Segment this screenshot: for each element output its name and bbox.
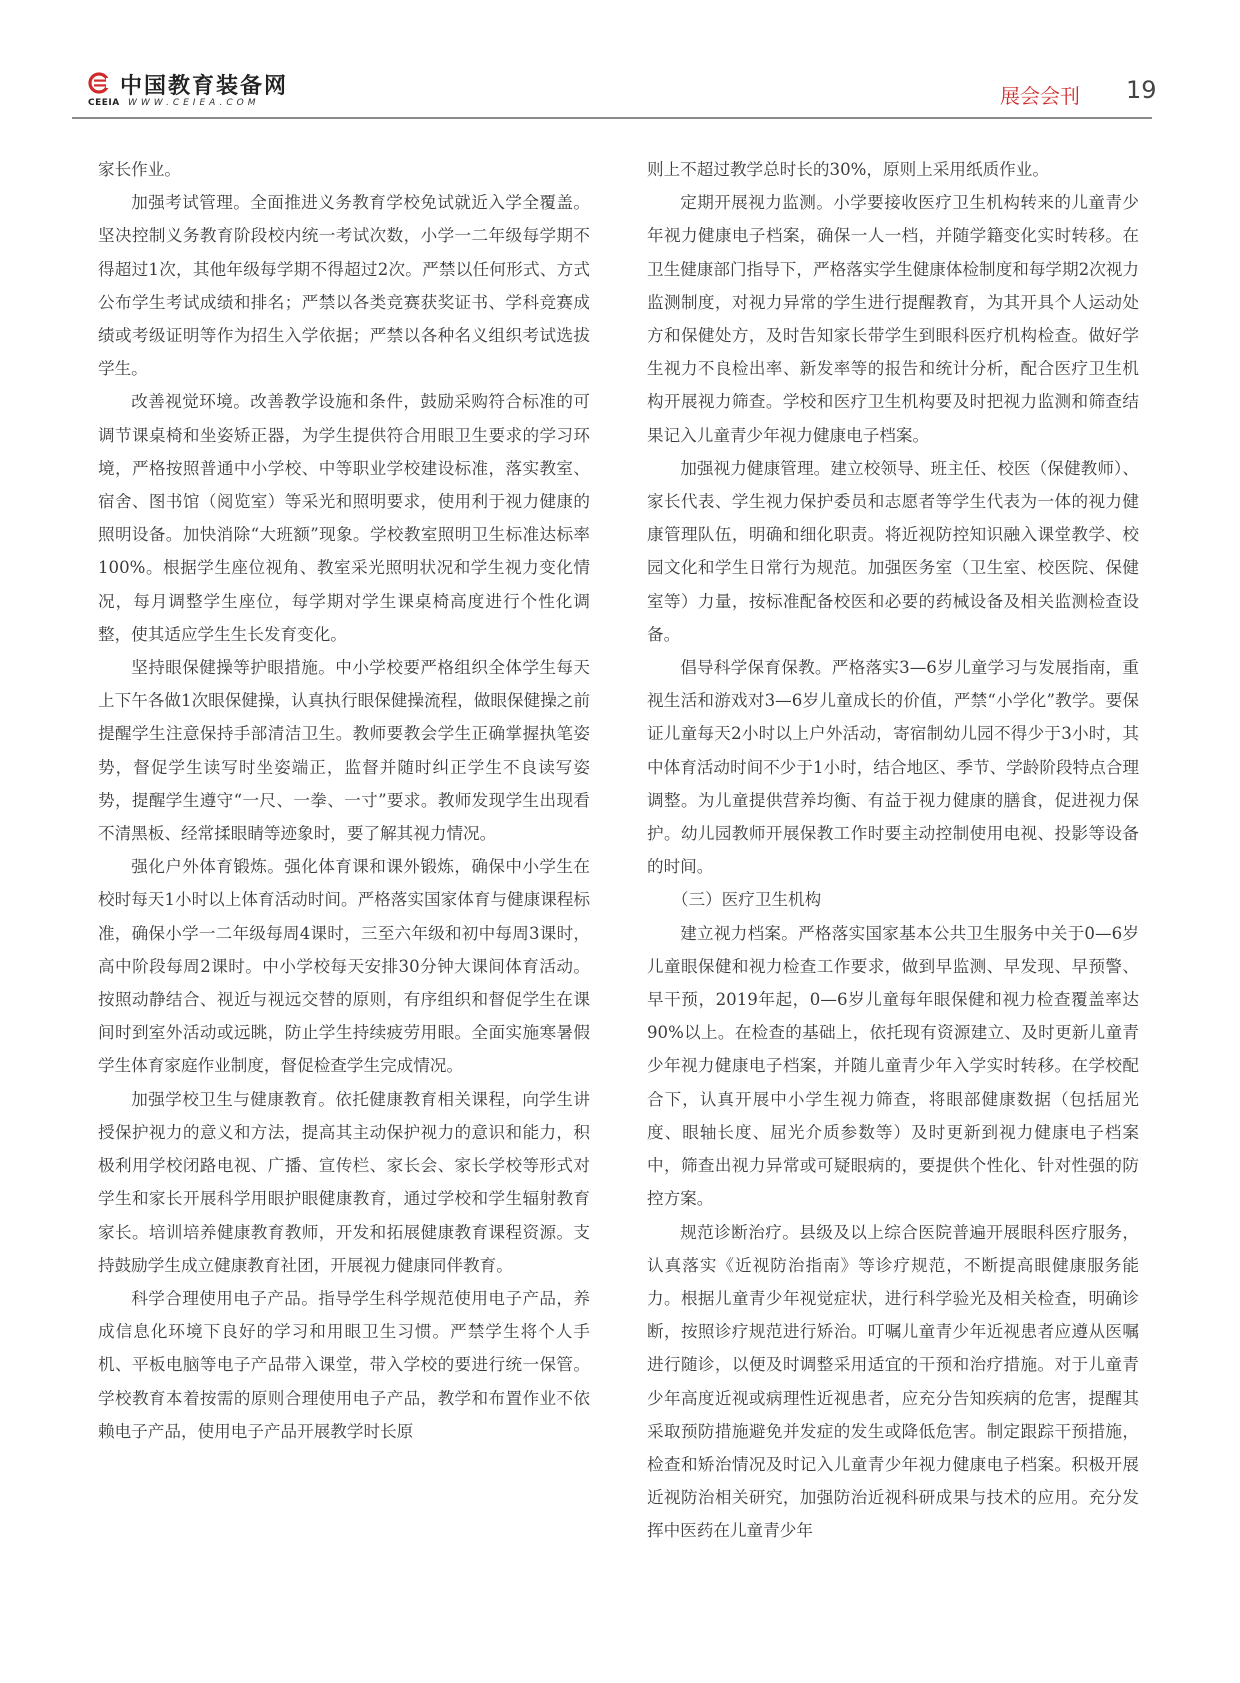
logo-url: WWW.CEIEA.COM bbox=[128, 98, 259, 108]
paragraph-electronic-products: 科学合理使用电子产品。指导学生科学规范使用电子产品，养成信息化环境下良好的学习和… bbox=[98, 1282, 590, 1448]
paragraph-vision-records: 建立视力档案。严格落实国家基本公共卫生服务中关于0—6岁儿童眼保健和视力检查工作… bbox=[647, 917, 1139, 1216]
right-column: 则上不超过教学总时长的30%，原则上采用纸质作业。 定期开展视力监测。小学要接收… bbox=[647, 153, 1139, 1548]
paragraph-vision-monitoring: 定期开展视力监测。小学要接收医疗卫生机构转来的儿童青少年视力健康电子档案，确保一… bbox=[647, 186, 1139, 452]
section-heading-medical: （三）医疗卫生机构 bbox=[647, 883, 1139, 916]
section-title: 展会会刊 bbox=[1000, 80, 1080, 109]
page-number: 19 bbox=[1126, 76, 1157, 104]
page-header: 中国教育装备网 CEEIA WWW.CEIEA.COM 展会会刊 19 bbox=[0, 0, 1240, 120]
paragraph-exam-management: 加强考试管理。全面推进义务教育学校免试就近入学全覆盖。坚决控制义务教育阶段校内统… bbox=[98, 186, 590, 385]
left-column: 家长作业。 加强考试管理。全面推进义务教育学校免试就近入学全覆盖。坚决控制义务教… bbox=[98, 153, 590, 1448]
paragraph-eye-exercises: 坚持眼保健操等护眼措施。中小学校要严格组织全体学生每天上下午各做1次眼保健操，认… bbox=[98, 651, 590, 850]
paragraph-continuation: 则上不超过教学总时长的30%，原则上采用纸质作业。 bbox=[647, 153, 1139, 186]
paragraph-diagnosis-treatment: 规范诊断治疗。县级及以上综合医院普遍开展眼科医疗服务，认真落实《近视防治指南》等… bbox=[647, 1216, 1139, 1548]
paragraph-vision-management: 加强视力健康管理。建立校领导、班主任、校医（保健教师）、家长代表、学生视力保护委… bbox=[647, 452, 1139, 651]
paragraph-outdoor-exercise: 强化户外体育锻炼。强化体育课和课外锻炼，确保中小学生在校时每天1小时以上体育活动… bbox=[98, 850, 590, 1082]
ceeia-logo-icon bbox=[88, 72, 110, 94]
header-divider bbox=[72, 117, 1152, 119]
logo-abbreviation: CEEIA bbox=[88, 98, 120, 108]
paragraph-continuation: 家长作业。 bbox=[98, 153, 590, 186]
paragraph-visual-environment: 改善视觉环境。改善教学设施和条件，鼓励采购符合标准的可调节课桌椅和坐姿矫正器，为… bbox=[98, 385, 590, 651]
logo-chinese-name: 中国教育装备网 bbox=[120, 69, 288, 100]
paragraph-health-education: 加强学校卫生与健康教育。依托健康教育相关课程，向学生讲授保护视力的意义和方法，提… bbox=[98, 1083, 590, 1282]
paragraph-preschool-care: 倡导科学保育保教。严格落实3—6岁儿童学习与发展指南，重视生活和游戏对3—6岁儿… bbox=[647, 651, 1139, 883]
